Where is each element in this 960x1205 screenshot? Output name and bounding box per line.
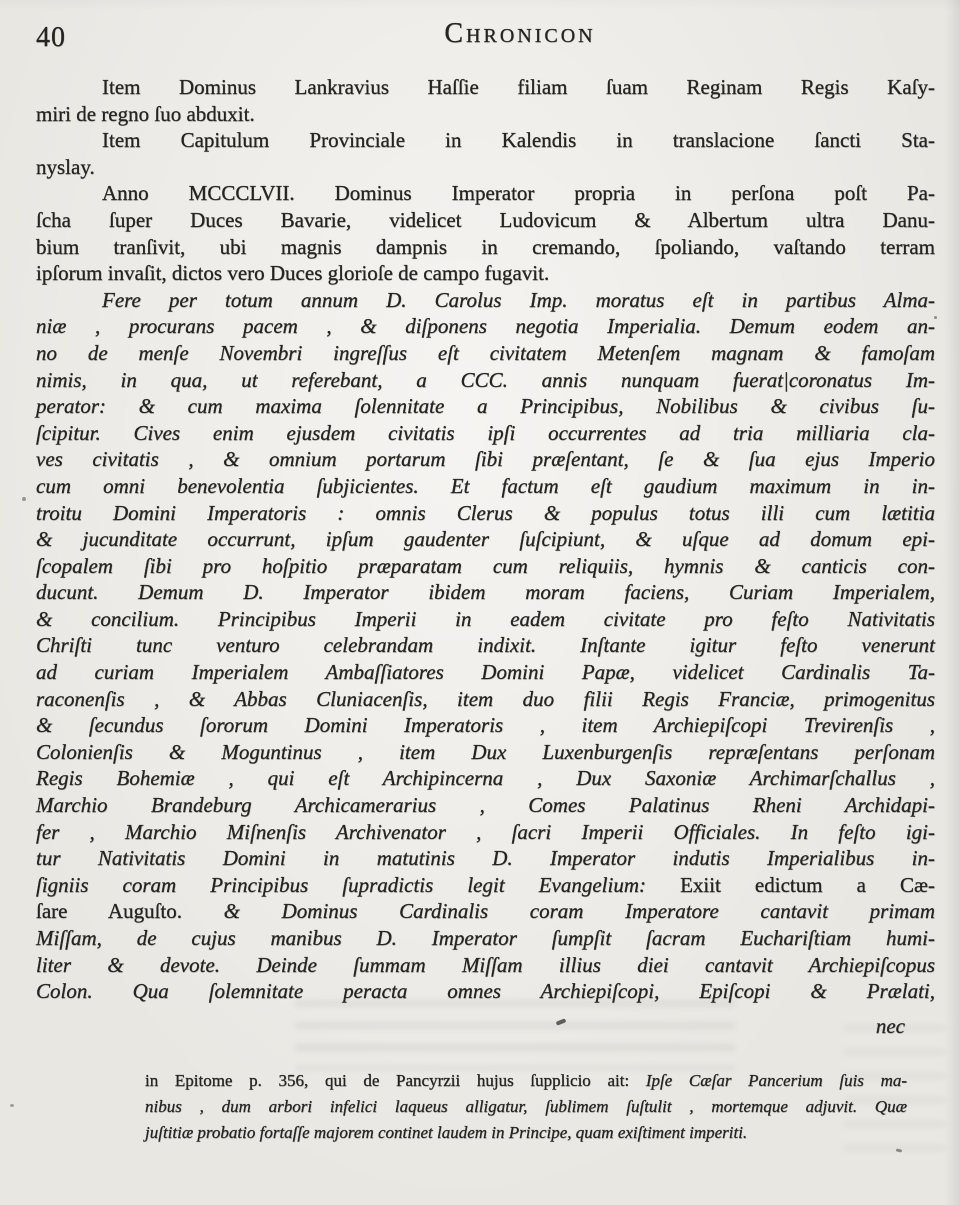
text-line: Anno MCCCLVII. Dominus Imperator propria… xyxy=(36,180,935,207)
text-line: tur Nativitatis Domini in matutinis D. I… xyxy=(36,845,935,872)
text-line: miri de regno ſuo abduxit. xyxy=(36,101,935,128)
text-segment: & concilium. Principibus Imperii in eade… xyxy=(36,607,935,631)
text-segment: & jucunditate occurrunt, ipſum gaudenter… xyxy=(36,527,935,551)
text-segment: in Epitome p. 356, qui de Pancyrzii huju… xyxy=(145,1071,646,1090)
text-segment: cum omni benevolentia ſubjicientes. Et f… xyxy=(36,474,935,498)
text-line: & concilium. Principibus Imperii in eade… xyxy=(36,606,935,633)
text-segment: nyslay. xyxy=(36,155,95,179)
catchword: nec xyxy=(36,1013,935,1040)
text-segment: Fere per totum annum D. Carolus Imp. mor… xyxy=(102,288,935,312)
text-segment: Marchio Brandeburg Archicamerarius , Com… xyxy=(36,793,935,817)
text-segment: juſtitiæ probatio fortaſſe majorem conti… xyxy=(145,1123,747,1142)
text-segment: no de menſe Novembri ingreſſus eſt civit… xyxy=(36,341,935,365)
text-line: raconenſis , & Abbas Cluniacenſis, item … xyxy=(36,686,935,713)
text-segment: ducunt. Demum D. Imperator ibidem moram … xyxy=(36,580,935,604)
text-segment: perator: & cum maxima ſolennitate a Prin… xyxy=(36,394,935,418)
text-line: ſare Auguſto. & Dominus Cardinalis coram… xyxy=(36,898,935,925)
text-line: Item Dominus Lankravius Haſſie filiam ſu… xyxy=(36,74,935,101)
text-segment: Chriſti tunc venturo celebrandam indixit… xyxy=(36,633,935,657)
text-line: Regis Bohemiæ , qui eſt Archipincerna , … xyxy=(36,765,935,792)
text-segment: Anno MCCCLVII. Dominus Imperator propria… xyxy=(102,181,935,205)
text-segment: Ipſe Cæſar Pancerium ſuis ma- xyxy=(646,1071,907,1090)
text-line: Colon. Qua ſolemnitate peracta omnes Arc… xyxy=(36,978,935,1005)
text-segment: miri de regno ſuo abduxit. xyxy=(36,102,255,126)
text-line: ſcopalem ſibi pro hoſpitio præparatam cu… xyxy=(36,553,935,580)
text-line: no de menſe Novembri ingreſſus eſt civit… xyxy=(36,340,935,367)
text-line: Marchio Brandeburg Archicamerarius , Com… xyxy=(36,792,935,819)
ink-speck xyxy=(896,1148,902,1152)
page-number: 40 xyxy=(36,22,66,54)
text-line: niæ , procurans pacem , & diſponens nego… xyxy=(36,313,935,340)
text-line: fer , Marchio Miſnenſis Archivenator , ſ… xyxy=(36,819,935,846)
text-segment: ſcha ſuper Duces Bavarie, videlicet Ludo… xyxy=(36,208,935,232)
text-line: Miſſam, de cujus manibus D. Imperator ſu… xyxy=(36,925,935,952)
text-segment: ves civitatis , & omnium portarum ſibi p… xyxy=(36,447,935,471)
text-line: in Epitome p. 356, qui de Pancyrzii huju… xyxy=(145,1068,907,1094)
text-segment: & Dominus Cardinalis coram Imperatore ca… xyxy=(224,899,935,923)
text-segment: ſare Auguſto. xyxy=(36,899,224,923)
text-line: nibus , dum arbori infelici laqueus alli… xyxy=(145,1094,907,1120)
text-line: Fere per totum annum D. Carolus Imp. mor… xyxy=(36,287,935,314)
text-line: nimis, in qua, ut referebant, a CCC. ann… xyxy=(36,367,935,394)
text-line: ſcha ſuper Duces Bavarie, videlicet Ludo… xyxy=(36,207,935,234)
text-line: Item Capitulum Provinciale in Kalendis i… xyxy=(36,127,935,154)
text-segment: Regis Bohemiæ , qui eſt Archipincerna , … xyxy=(36,766,935,790)
text-segment: niæ , procurans pacem , & diſponens nego… xyxy=(36,314,935,338)
text-segment: liter & devote. Deinde ſummam Miſſam ill… xyxy=(36,953,935,977)
text-line: liter & devote. Deinde ſummam Miſſam ill… xyxy=(36,952,935,979)
text-segment: Item Dominus Lankravius Haſſie filiam ſu… xyxy=(102,75,935,99)
text-line: juſtitiæ probatio fortaſſe majorem conti… xyxy=(145,1120,907,1146)
text-segment: bium tranſivit, ubi magnis dampnis in cr… xyxy=(36,235,935,259)
text-segment: Item Capitulum Provinciale in Kalendis i… xyxy=(102,128,935,152)
book-page-scan: 40 Chronicon Item Dominus Lankravius Haſ… xyxy=(0,0,960,1205)
text-line: ad curiam Imperialem Ambaſſiatores Domin… xyxy=(36,659,935,686)
ink-speck xyxy=(22,497,26,501)
text-segment: ad curiam Imperialem Ambaſſiatores Domin… xyxy=(36,660,935,684)
main-text-block: Item Dominus Lankravius Haſſie filiam ſu… xyxy=(36,74,935,1039)
text-segment: Miſſam, de cujus manibus D. Imperator ſu… xyxy=(36,926,935,950)
text-segment: Colon. Qua ſolemnitate peracta omnes Arc… xyxy=(36,979,935,1003)
text-line: ſcipitur. Cives enim ejusdem civitatis i… xyxy=(36,420,935,447)
text-line: cum omni benevolentia ſubjicientes. Et f… xyxy=(36,473,935,500)
text-segment: raconenſis , & Abbas Cluniacenſis, item … xyxy=(36,687,935,711)
text-line: ves civitatis , & omnium portarum ſibi p… xyxy=(36,446,935,473)
text-segment: ipſorum invaſit, dictos vero Duces glori… xyxy=(36,261,549,285)
text-line: perator: & cum maxima ſolennitate a Prin… xyxy=(36,393,935,420)
text-segment: & ſecundus ſororum Domini Imperatoris , … xyxy=(36,713,935,737)
running-header: Chronicon xyxy=(444,18,595,50)
text-line: ſigniis coram Principibus ſupradictis le… xyxy=(36,872,935,899)
text-segment: fer , Marchio Miſnenſis Archivenator , ſ… xyxy=(36,820,935,844)
text-segment: ſcipitur. Cives enim ejusdem civitatis i… xyxy=(36,421,935,445)
text-segment: ſigniis coram Principibus ſupradictis le… xyxy=(36,873,680,897)
text-segment: tur Nativitatis Domini in matutinis D. I… xyxy=(36,846,935,870)
text-line: nyslay. xyxy=(36,154,935,181)
text-line: ducunt. Demum D. Imperator ibidem moram … xyxy=(36,579,935,606)
ink-speck xyxy=(10,1104,14,1107)
text-segment: Colonienſis & Moguntinus , item Dux Luxe… xyxy=(36,740,935,764)
text-segment: ſcopalem ſibi pro hoſpitio præparatam cu… xyxy=(36,554,935,578)
text-segment: nimis, in qua, ut referebant, a CCC. ann… xyxy=(36,368,935,392)
text-line: & ſecundus ſororum Domini Imperatoris , … xyxy=(36,712,935,739)
footnote-block: in Epitome p. 356, qui de Pancyrzii huju… xyxy=(145,1068,907,1146)
text-segment: troitu Domini Imperatoris : omnis Clerus… xyxy=(36,501,935,525)
text-line: ipſorum invaſit, dictos vero Duces glori… xyxy=(36,260,935,287)
text-line: troitu Domini Imperatoris : omnis Clerus… xyxy=(36,500,935,527)
text-segment: Exiit edictum a Cæ- xyxy=(680,873,935,897)
text-line: bium tranſivit, ubi magnis dampnis in cr… xyxy=(36,234,935,261)
text-segment: nec xyxy=(876,1014,905,1038)
text-line: Chriſti tunc venturo celebrandam indixit… xyxy=(36,632,935,659)
text-line: & jucunditate occurrunt, ipſum gaudenter… xyxy=(36,526,935,553)
text-segment: nibus , dum arbori infelici laqueus alli… xyxy=(145,1097,907,1116)
text-line: Colonienſis & Moguntinus , item Dux Luxe… xyxy=(36,739,935,766)
